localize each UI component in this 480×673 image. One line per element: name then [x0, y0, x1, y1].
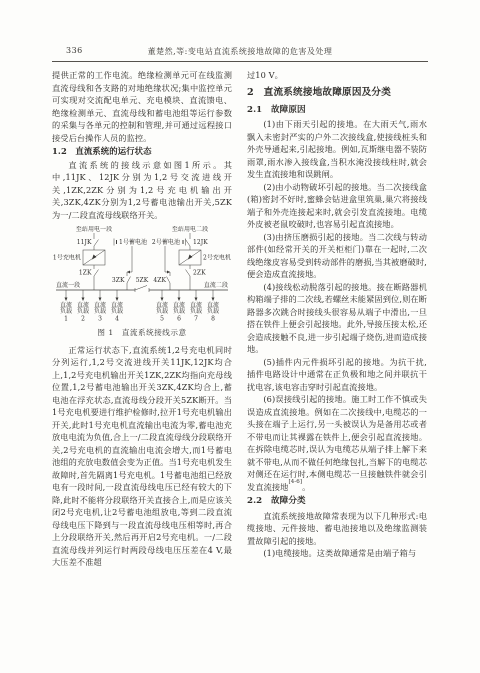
label-switch-11jk: 11JK: [77, 239, 92, 246]
running-title: 董楚然,等:变电站直流系统接地故障的危害及处理: [52, 46, 428, 57]
load-label: 负载: [156, 307, 168, 315]
label-switch-4zk: 4ZK: [153, 277, 166, 284]
paragraph: (3)由挤压磨损引起的接地。当二次线与转动部件(如经常开关的开关柜柜门)靠在一起…: [247, 231, 427, 281]
label-switch-5zk: 5ZK: [136, 277, 149, 284]
paragraph: (1)由下雨天引起的接地。在大雨天气,雨水飘入未密封严实的户外二次接线盒,使接线…: [247, 118, 427, 181]
label-bus-1: 直流一段: [56, 281, 80, 289]
header-rule: [52, 61, 428, 62]
load-number: 7: [194, 316, 198, 323]
label-switch-2zk: 2ZK: [193, 270, 206, 277]
load-number: 6: [177, 316, 181, 323]
label-battery-1: 1号蓄电池: [119, 238, 147, 246]
heading-2: 2 直流系统接地故障原因及分类: [247, 86, 427, 99]
paragraph: 提供正常的工作电流。绝缘检测单元可在线监测直流母线和各支路的对地绝缘状况;集中监…: [52, 69, 232, 144]
paragraph-text: (6)误接线引起的接地。施工时工作不慎或失误造成直流接地。例如在二次接线中,电缆…: [247, 394, 427, 492]
paragraph: (6)误接线引起的接地。施工时工作不慎或失误造成直流接地。例如在二次接线中,电缆…: [247, 393, 427, 493]
label-switch-12jk: 12JK: [193, 239, 208, 246]
right-column: 过10 V。 2 直流系统接地故障原因及分类 2.1 故障原因 (1)由下雨天引…: [247, 69, 427, 569]
load-label: 负载: [60, 307, 72, 315]
load-number: 8: [211, 316, 215, 323]
paragraph: 直流系统接地故障常表现为以下几种形式:电缆接地、元件接地、蓄电池接地以及绝缘监测…: [247, 510, 427, 548]
label-charger-1: 1号充电机: [53, 254, 81, 262]
paragraph: 正常运行状态下,直流系统1,2号充电机同时分列运行,1,2号交流进线开关11JK…: [52, 344, 232, 569]
paragraph: 过10 V。: [247, 69, 427, 82]
page-header: 336 董楚然,等:变电站直流系统接地故障的危害及处理: [52, 46, 428, 58]
paragraph: (2)由小动物破坏引起的接地。当二次接线盒(箱)密封不好时,蜜蜂会钻进盒里筑巢,…: [247, 181, 427, 231]
label-battery-2: 2号蓄电池: [152, 238, 180, 246]
dc-system-schematic: 至站用电一段 至站用电二段 11JK 12JK 1号充电机 2号充电机 1ZK …: [52, 226, 232, 324]
load-label: 负载: [94, 307, 106, 315]
load-number: 2: [81, 316, 85, 323]
citation-marker: [4-6]: [288, 479, 302, 485]
load-label: 负载: [77, 307, 89, 315]
heading-2-1: 2.1 故障原因: [247, 104, 427, 117]
label-charger-2: 2号充电机: [203, 254, 231, 262]
page-number: 336: [66, 46, 83, 55]
load-label: 负载: [111, 307, 123, 315]
label-ac-section-2: 至站用电二段: [172, 226, 208, 233]
paragraph: (1)电缆接地。这类故障通常是由端子箱与: [247, 547, 427, 560]
figure-1: 至站用电一段 至站用电二段 11JK 12JK 1号充电机 2号充电机 1ZK …: [52, 226, 232, 340]
load-label: 负载: [173, 307, 185, 315]
heading-2-2: 2.2 故障分类: [247, 495, 427, 508]
load-number: 5: [160, 316, 164, 323]
load-number: 1: [64, 316, 68, 323]
paragraph-text: 。: [302, 482, 310, 492]
journal-page: 336 董楚然,等:变电站直流系统接地故障的危害及处理 提供正常的工作电流。绝缘…: [0, 0, 480, 673]
paragraph: (4)接线松动脱落引起的接地。接在断路器机构箱端子排的二次线,若螺丝未能紧固到位…: [247, 281, 427, 356]
load-number: 3: [98, 316, 102, 323]
load-label: 负载: [207, 307, 219, 315]
paragraph: 直流系统的接线示意如图1所示。其中,11JK、12JK分别为1,2号交流进线开关…: [52, 159, 232, 222]
label-bus-2: 直流二段: [204, 281, 228, 289]
label-ac-section-1: 至站用电一段: [76, 226, 112, 233]
figure-caption: 图 1 直流系统接线示意: [52, 327, 232, 340]
two-column-content: 提供正常的工作电流。绝缘检测单元可在线监测直流母线和各支路的对地绝缘状况;集中监…: [52, 69, 428, 569]
left-column: 提供正常的工作电流。绝缘检测单元可在线监测直流母线和各支路的对地绝缘状况;集中监…: [52, 69, 232, 569]
label-switch-3zk: 3ZK: [112, 277, 125, 284]
load-label: 负载: [190, 307, 202, 315]
heading-1-2: 1.2 直流系统的运行状态: [52, 145, 232, 158]
load-number: 4: [115, 316, 119, 323]
label-switch-1zk: 1ZK: [79, 270, 92, 277]
paragraph: (5)插件内元件损坏引起的接地。为抗干扰,插件电路设计中通常在正负极和地之间并联…: [247, 356, 427, 394]
